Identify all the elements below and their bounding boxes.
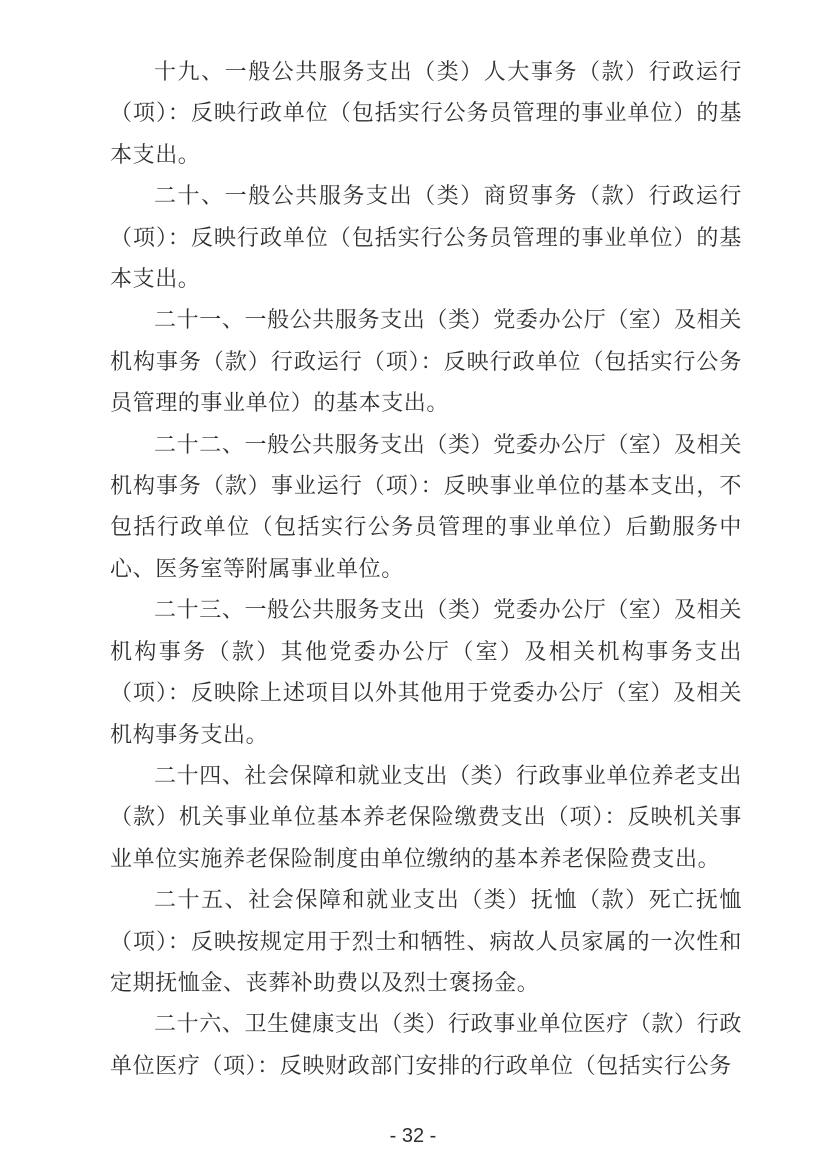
paragraph-item-23: 二十三、一般公共服务支出（类）党委办公厅（室）及相关机构事务（款）其他党委办公厅…: [110, 589, 742, 755]
paragraph-item-20: 二十、一般公共服务支出（类）商贸事务（款）行政运行（项）：反映行政单位（包括实行…: [110, 175, 742, 299]
paragraph-item-26: 二十六、卫生健康支出（类）行政事业单位医疗（款）行政单位医疗（项）：反映财政部门…: [110, 1003, 742, 1086]
page-body-text: 十九、一般公共服务支出（类）人大事务（款）行政运行（项）：反映行政单位（包括实行…: [110, 51, 742, 1086]
paragraph-item-24: 二十四、社会保障和就业支出（类）行政事业单位养老支出（款）机关事业单位基本养老保…: [110, 755, 742, 879]
paragraph-item-21: 二十一、一般公共服务支出（类）党委办公厅（室）及相关机构事务（款）行政运行（项）…: [110, 299, 742, 423]
paragraph-item-19: 十九、一般公共服务支出（类）人大事务（款）行政运行（项）：反映行政单位（包括实行…: [110, 51, 742, 175]
paragraph-item-22: 二十二、一般公共服务支出（类）党委办公厅（室）及相关机构事务（款）事业运行（项）…: [110, 424, 742, 590]
paragraph-item-25: 二十五、社会保障和就业支出（类）抚恤（款）死亡抚恤（项）：反映按规定用于烈士和牺…: [110, 879, 742, 1003]
page-number: - 32 -: [0, 1125, 826, 1148]
document-page: 十九、一般公共服务支出（类）人大事务（款）行政运行（项）：反映行政单位（包括实行…: [0, 0, 826, 1169]
